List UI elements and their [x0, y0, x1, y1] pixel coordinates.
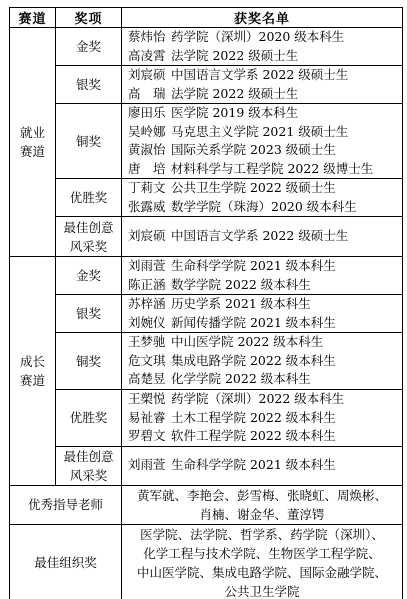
header-row: 赛道 奖项 获奖名单 — [10, 8, 403, 28]
winner-entry: 罗碧文软件工程学院 2022 级本科生 — [128, 427, 402, 446]
award-gold: 金奖 — [56, 28, 122, 66]
mentors-label: 优秀指导老师 — [10, 485, 122, 524]
award-best-creative: 最佳创意 风采奖 — [56, 446, 122, 485]
winner-detail: 新闻传播学院 2021 级本科生 — [171, 315, 336, 330]
winner-name: 吴岭娜 — [128, 123, 171, 142]
winner-name: 廖田乐 — [128, 104, 171, 123]
winner-detail: 生命科学学院 2021 级本科生 — [171, 258, 336, 273]
track-label: 就业 — [10, 123, 55, 142]
winner-detail: 国际关系学院 2023 级硕士生 — [171, 142, 336, 157]
winner-name: 王槊悦 — [128, 390, 171, 409]
table-row: 成长 赛道 金奖 刘雨萱生命科学学院 2021 级本科生 陈正涵数学学院 202… — [10, 257, 403, 295]
table-row: 铜奖 廖田乐医学院 2019 级本科生 吴岭娜马克思主义学院 2021 级硕士生… — [10, 104, 403, 179]
header-track: 赛道 — [10, 8, 56, 28]
organization-line: 医学院、法学院、哲学系、药学院（深圳）、 — [126, 525, 398, 544]
winner-detail: 集成电路学院 2022 级本科生 — [171, 353, 336, 368]
table-row: 最佳组织奖 医学院、法学院、哲学系、药学院（深圳）、 化学工程与技术学院、生物医… — [10, 524, 403, 599]
winner-detail: 中国语言文学系 2022 级硕士生 — [171, 67, 348, 82]
table-row: 银奖 刘宸硕中国语言文学系 2022 级硕士生 高 瑞法学院 2022 级硕士生 — [10, 66, 403, 104]
winner-name: 蔡炜怡 — [128, 28, 171, 47]
winner-entry: 蔡炜怡药学院（深圳）2020 级本科生 — [128, 28, 402, 47]
header-award: 奖项 — [56, 8, 122, 28]
organization-line: 公共卫生学院 — [126, 582, 398, 599]
winner-name: 易祉睿 — [128, 409, 171, 428]
winner-name: 黄淑怡 — [128, 141, 171, 160]
mentors-list: 黄军就、李艳会、彭雪梅、张晓虹、周焕彬、 肖楠、谢金华、董淳锷 — [122, 485, 403, 524]
award-label: 风采奖 — [56, 237, 121, 256]
winner-detail: 法学院 2022 级硕士生 — [171, 86, 298, 101]
winner-entry: 易祉睿土木工程学院 2022 级本科生 — [128, 409, 402, 428]
table-row: 优秀指导老师 黄军就、李艳会、彭雪梅、张晓虹、周焕彬、 肖楠、谢金华、董淳锷 — [10, 485, 403, 524]
winner-name: 刘雨萱 — [128, 257, 171, 276]
winner-list: 王梦驰中山医学院 2022 级本科生 危文琪集成电路学院 2022 级本科生 高… — [122, 333, 403, 390]
winner-detail: 数学学院（珠海）2020 级本科生 — [171, 199, 357, 214]
winner-name: 苏梓涵 — [128, 295, 171, 314]
winner-name: 陈正涵 — [128, 276, 171, 295]
winner-entry: 王梦驰中山医学院 2022 级本科生 — [128, 333, 402, 352]
mentors-line: 肖楠、谢金华、董淳锷 — [126, 505, 398, 524]
organization-list: 医学院、法学院、哲学系、药学院（深圳）、 化学工程与技术学院、生物医学工程学院、… — [122, 524, 403, 599]
award-label: 最佳创意 — [56, 447, 121, 466]
table-row: 最佳创意 风采奖 刘雨萱生命科学学院 2021 级本科生 — [10, 446, 403, 485]
winner-list: 刘雨萱生命科学学院 2021 级本科生 — [122, 446, 403, 485]
organization-line: 中山医学院、集成电路学院、国际金融学院、 — [126, 563, 398, 582]
award-silver: 银奖 — [56, 66, 122, 104]
winner-name: 危文琪 — [128, 352, 171, 371]
winner-detail: 软件工程学院 2022 级本科生 — [171, 428, 336, 443]
winner-entry: 刘雨萱生命科学学院 2021 级本科生 — [128, 456, 402, 475]
awards-table: 赛道 奖项 获奖名单 就业 赛道 金奖 蔡炜怡药学院（深圳）2020 级本科生 … — [9, 7, 403, 599]
winner-name: 刘宸硕 — [128, 227, 171, 246]
winner-name: 高凌霄 — [128, 47, 171, 66]
award-label: 最佳创意 — [56, 218, 121, 237]
winner-entry: 廖田乐医学院 2019 级本科生 — [128, 104, 402, 123]
winner-entry: 吴岭娜马克思主义学院 2021 级硕士生 — [128, 123, 402, 142]
award-merit: 优胜奖 — [56, 179, 122, 217]
winner-name: 王梦驰 — [128, 333, 171, 352]
organization-label: 最佳组织奖 — [10, 524, 122, 599]
winner-list: 丁莉文公共卫生学院 2022 级硕士生 张露威数学学院（珠海）2020 级本科生 — [122, 179, 403, 217]
table-row: 银奖 苏梓涵历史学系 2021 级本科生 刘婉仪新闻传播学院 2021 级本科生 — [10, 295, 403, 333]
winner-entry: 张露威数学学院（珠海）2020 级本科生 — [128, 198, 402, 217]
winner-name: 唐 培 — [128, 160, 171, 179]
track-label: 赛道 — [10, 142, 55, 161]
winner-name: 高楚昱 — [128, 370, 171, 389]
winner-entry: 危文琪集成电路学院 2022 级本科生 — [128, 352, 402, 371]
winner-detail: 土木工程学院 2022 级本科生 — [171, 410, 336, 425]
winner-entry: 王槊悦药学院（深圳）2022 级本科生 — [128, 390, 402, 409]
winner-entry: 高凌霄法学院 2022 级硕士生 — [128, 47, 402, 66]
winner-entry: 刘雨萱生命科学学院 2021 级本科生 — [128, 257, 402, 276]
award-bronze: 铜奖 — [56, 104, 122, 179]
winner-detail: 药学院（深圳）2020 级本科生 — [171, 29, 344, 44]
winner-detail: 药学院（深圳）2022 级本科生 — [171, 391, 344, 406]
award-best-creative: 最佳创意 风采奖 — [56, 217, 122, 257]
winner-list: 苏梓涵历史学系 2021 级本科生 刘婉仪新闻传播学院 2021 级本科生 — [122, 295, 403, 333]
track-label: 成长 — [10, 352, 55, 371]
winner-detail: 医学院 2019 级本科生 — [171, 105, 298, 120]
winner-list: 蔡炜怡药学院（深圳）2020 级本科生 高凌霄法学院 2022 级硕士生 — [122, 28, 403, 66]
table-row: 优胜奖 丁莉文公共卫生学院 2022 级硕士生 张露威数学学院（珠海）2020 … — [10, 179, 403, 217]
winner-detail: 公共卫生学院 2022 级硕士生 — [171, 180, 336, 195]
winner-list: 刘宸硕中国语言文学系 2022 级硕士生 — [122, 217, 403, 257]
winner-list: 刘宸硕中国语言文学系 2022 级硕士生 高 瑞法学院 2022 级硕士生 — [122, 66, 403, 104]
winner-entry: 刘宸硕中国语言文学系 2022 级硕士生 — [128, 66, 402, 85]
winner-detail: 历史学系 2021 级本科生 — [171, 296, 311, 311]
winner-name: 刘婉仪 — [128, 314, 171, 333]
mentors-line: 黄军就、李艳会、彭雪梅、张晓虹、周焕彬、 — [126, 486, 398, 505]
organization-line: 化学工程与技术学院、生物医学工程学院、 — [126, 544, 398, 563]
award-label: 风采奖 — [56, 466, 121, 485]
winner-entry: 唐 培材料科学与工程学院 2022 级博士生 — [128, 160, 402, 179]
winner-entry: 高 瑞法学院 2022 级硕士生 — [128, 85, 402, 104]
table-row: 优胜奖 王槊悦药学院（深圳）2022 级本科生 易祉睿土木工程学院 2022 级… — [10, 390, 403, 447]
track-employment: 就业 赛道 — [10, 28, 56, 257]
winner-detail: 数学学院 2022 级本科生 — [171, 277, 311, 292]
winner-name: 刘宸硕 — [128, 66, 171, 85]
winner-name: 张露威 — [128, 198, 171, 217]
table-row: 就业 赛道 金奖 蔡炜怡药学院（深圳）2020 级本科生 高凌霄法学院 2022… — [10, 28, 403, 66]
winner-detail: 中山医学院 2022 级本科生 — [171, 334, 323, 349]
winner-entry: 苏梓涵历史学系 2021 级本科生 — [128, 295, 402, 314]
winner-entry: 刘婉仪新闻传播学院 2021 级本科生 — [128, 314, 402, 333]
winner-name: 刘雨萱 — [128, 456, 171, 475]
winner-entry: 刘宸硕中国语言文学系 2022 级硕士生 — [128, 227, 402, 246]
winner-detail: 马克思主义学院 2021 级硕士生 — [171, 124, 348, 139]
winner-list: 王槊悦药学院（深圳）2022 级本科生 易祉睿土木工程学院 2022 级本科生 … — [122, 390, 403, 447]
winner-name: 丁莉文 — [128, 179, 171, 198]
award-bronze: 铜奖 — [56, 333, 122, 390]
table-row: 最佳创意 风采奖 刘宸硕中国语言文学系 2022 级硕士生 — [10, 217, 403, 257]
winner-detail: 法学院 2022 级硕士生 — [171, 48, 298, 63]
winner-detail: 材料科学与工程学院 2022 级博士生 — [171, 161, 373, 176]
winner-entry: 高楚昱化学学院 2022 级本科生 — [128, 370, 402, 389]
winner-entry: 丁莉文公共卫生学院 2022 级硕士生 — [128, 179, 402, 198]
table-row: 铜奖 王梦驰中山医学院 2022 级本科生 危文琪集成电路学院 2022 级本科… — [10, 333, 403, 390]
winner-entry: 陈正涵数学学院 2022 级本科生 — [128, 276, 402, 295]
winner-detail: 生命科学学院 2021 级本科生 — [171, 457, 336, 472]
winner-entry: 黄淑怡国际关系学院 2023 级硕士生 — [128, 141, 402, 160]
track-label: 赛道 — [10, 371, 55, 390]
winner-name: 高 瑞 — [128, 85, 171, 104]
award-merit: 优胜奖 — [56, 390, 122, 447]
winner-list: 廖田乐医学院 2019 级本科生 吴岭娜马克思主义学院 2021 级硕士生 黄淑… — [122, 104, 403, 179]
winner-detail: 中国语言文学系 2022 级硕士生 — [171, 228, 348, 243]
winner-list: 刘雨萱生命科学学院 2021 级本科生 陈正涵数学学院 2022 级本科生 — [122, 257, 403, 295]
track-growth: 成长 赛道 — [10, 257, 56, 486]
award-silver: 银奖 — [56, 295, 122, 333]
winner-name: 罗碧文 — [128, 427, 171, 446]
winner-detail: 化学学院 2022 级本科生 — [171, 371, 311, 386]
award-gold: 金奖 — [56, 257, 122, 295]
header-winners: 获奖名单 — [122, 8, 403, 28]
